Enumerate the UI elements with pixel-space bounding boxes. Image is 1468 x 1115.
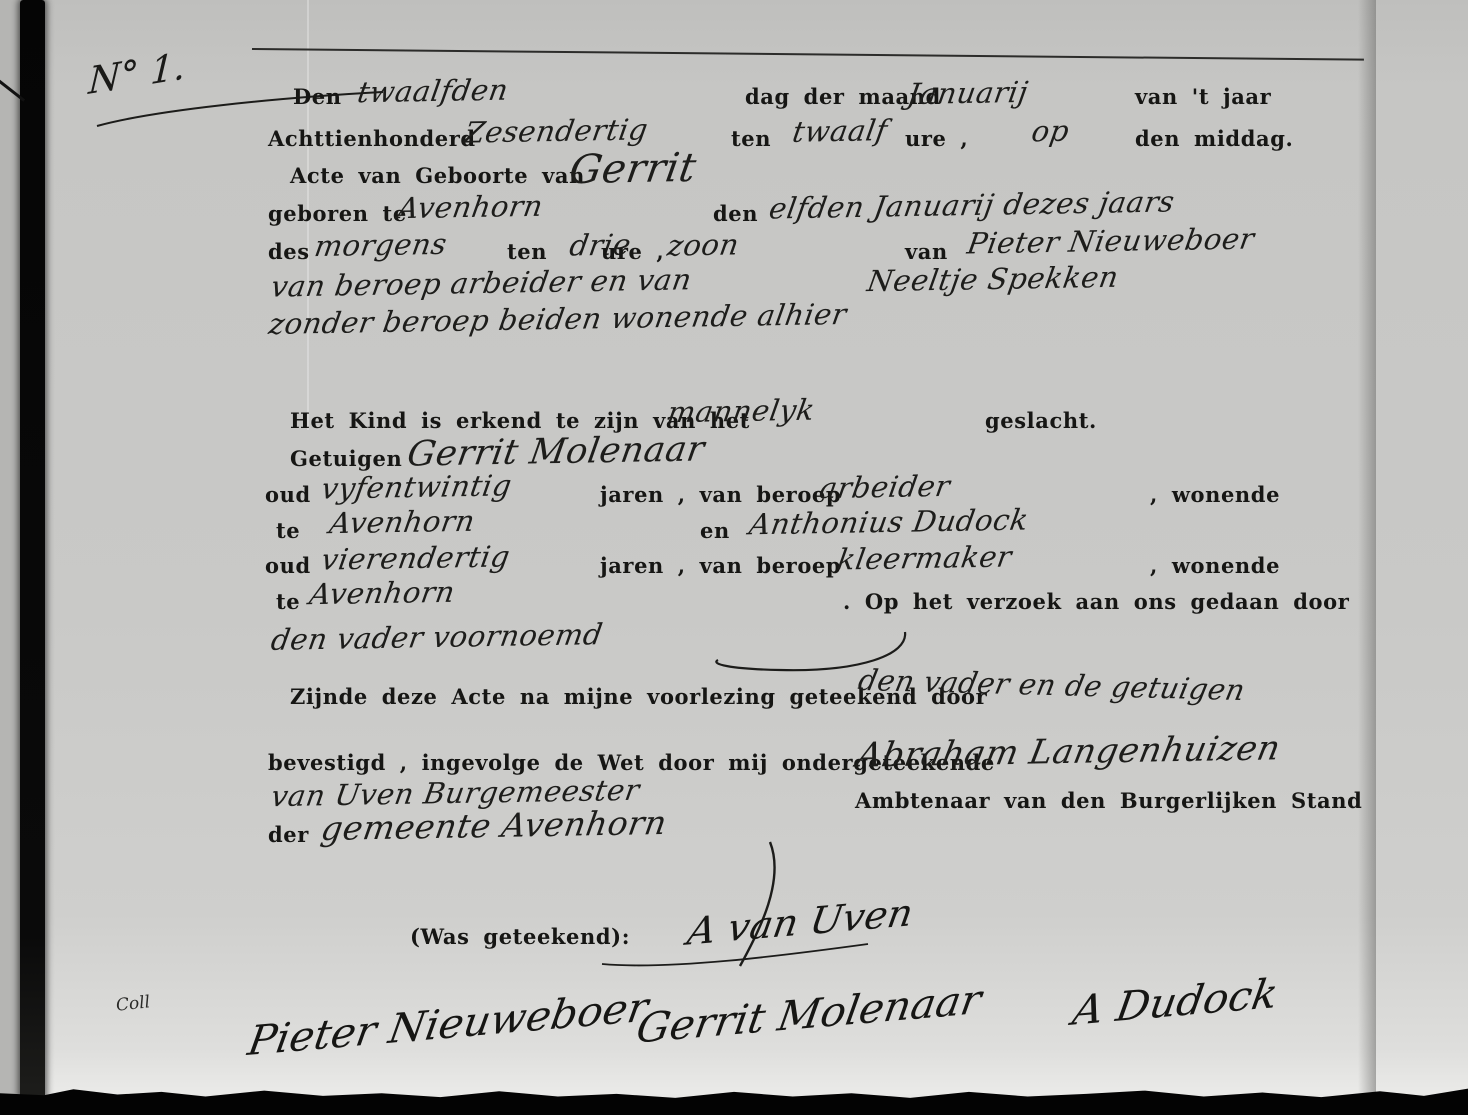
header-double-rule <box>252 48 1364 66</box>
printed-label: ten <box>731 126 771 151</box>
printed-label: geslacht. <box>985 408 1097 433</box>
printed-label: en <box>700 518 730 543</box>
father-signature: Pieter Nieuweboer <box>245 983 652 1065</box>
handwritten-witness2-age: vierendertig <box>319 539 513 576</box>
printed-label: den middag. <box>1135 126 1293 151</box>
handwritten-witness1-name: Gerrit Molenaar <box>404 429 707 474</box>
book-binding-bar <box>20 0 45 1100</box>
printed-label: , wonende <box>1150 482 1280 507</box>
printed-label: ure , <box>905 126 968 151</box>
handwritten-witness2-residence: Avenhorn <box>307 575 457 612</box>
handwritten-witness1-occupation: arbeider <box>817 469 953 505</box>
printed-label: ure , <box>601 239 664 264</box>
printed-label: jaren , van beroep <box>600 553 841 578</box>
printed-label: den <box>713 201 758 226</box>
handwritten-hour: twaalf <box>790 113 890 149</box>
handwritten-witness1-residence: Avenhorn <box>327 504 477 541</box>
printed-label: Den <box>293 84 342 109</box>
printed-label: van <box>905 239 948 264</box>
printed-label: oud <box>265 482 311 507</box>
printed-label: des <box>268 239 310 264</box>
scan-left-strip <box>0 0 20 1115</box>
handwritten-municipality: gemeente Avenhorn <box>318 803 669 848</box>
handwritten-requested-by: den vader voornoemd <box>269 617 606 657</box>
scan-bottom-band <box>0 1082 1468 1115</box>
printed-was-signed-label: (Was geteekend): <box>410 924 630 949</box>
printed-label: Achttienhonderd <box>268 126 476 151</box>
handwritten-op: op <box>1029 114 1072 149</box>
handwritten-father-occupation: van beroep arbeider en van <box>269 262 695 303</box>
handwritten-mother-occupation: zonder beroep beiden wonende alhier <box>266 297 849 341</box>
printed-label: Ambtenaar van den Burgerlijken Stand <box>855 788 1362 813</box>
printed-label: der <box>268 822 309 847</box>
handwritten-day: twaalfden <box>355 73 511 110</box>
handwritten-gender: mannelyk <box>665 393 817 430</box>
printed-label: jaren , van beroep <box>600 482 841 507</box>
handwritten-birthplace: Avenhorn <box>395 189 545 226</box>
printed-label: geboren te <box>268 201 407 226</box>
handwritten-registrar-name: Abraham Langenhuizen <box>853 728 1283 775</box>
witness2-signature: A Dudock <box>1069 969 1281 1034</box>
handwritten-zoon: zoon <box>665 227 741 262</box>
handwritten-witness1-age: vyfentwintig <box>319 468 514 505</box>
printed-label: te <box>276 518 300 543</box>
handwritten-child-name: Gerrit <box>566 145 699 193</box>
handwritten-birthdate: elfden Januarij dezes jaars <box>767 184 1177 225</box>
printed-label: Getuigen <box>290 446 402 471</box>
margin-note-coll: Coll <box>115 992 151 1015</box>
handwritten-year: Zesendertig <box>462 112 651 149</box>
book-page-edges-texture <box>1368 0 1468 1115</box>
handwritten-witness2-name: Anthonius Dudock <box>747 503 1031 542</box>
handwritten-witness2-occupation: kleermaker <box>835 539 1014 576</box>
printed-label: oud <box>265 553 311 578</box>
printed-label: te <box>276 589 300 614</box>
printed-label: , wonende <box>1150 553 1280 578</box>
printed-label: ten <box>507 239 547 264</box>
birth-certificate-scan: N° 1. Den twaalfden dag der maand Januar… <box>0 0 1468 1115</box>
printed-label: Acte van Geboorte van <box>290 163 585 188</box>
handwritten-father-name: Pieter Nieuweboer <box>965 222 1257 261</box>
witness1-signature: Gerrit Molenaar <box>633 975 985 1052</box>
printed-label: . Op het verzoek aan ons gedaan door <box>843 589 1349 614</box>
handwritten-daypart: morgens <box>312 227 449 263</box>
handwritten-month: Januarij <box>905 75 1030 111</box>
printed-label: van 't jaar <box>1135 84 1271 109</box>
handwritten-mother-name: Neeltje Spekken <box>865 260 1121 298</box>
